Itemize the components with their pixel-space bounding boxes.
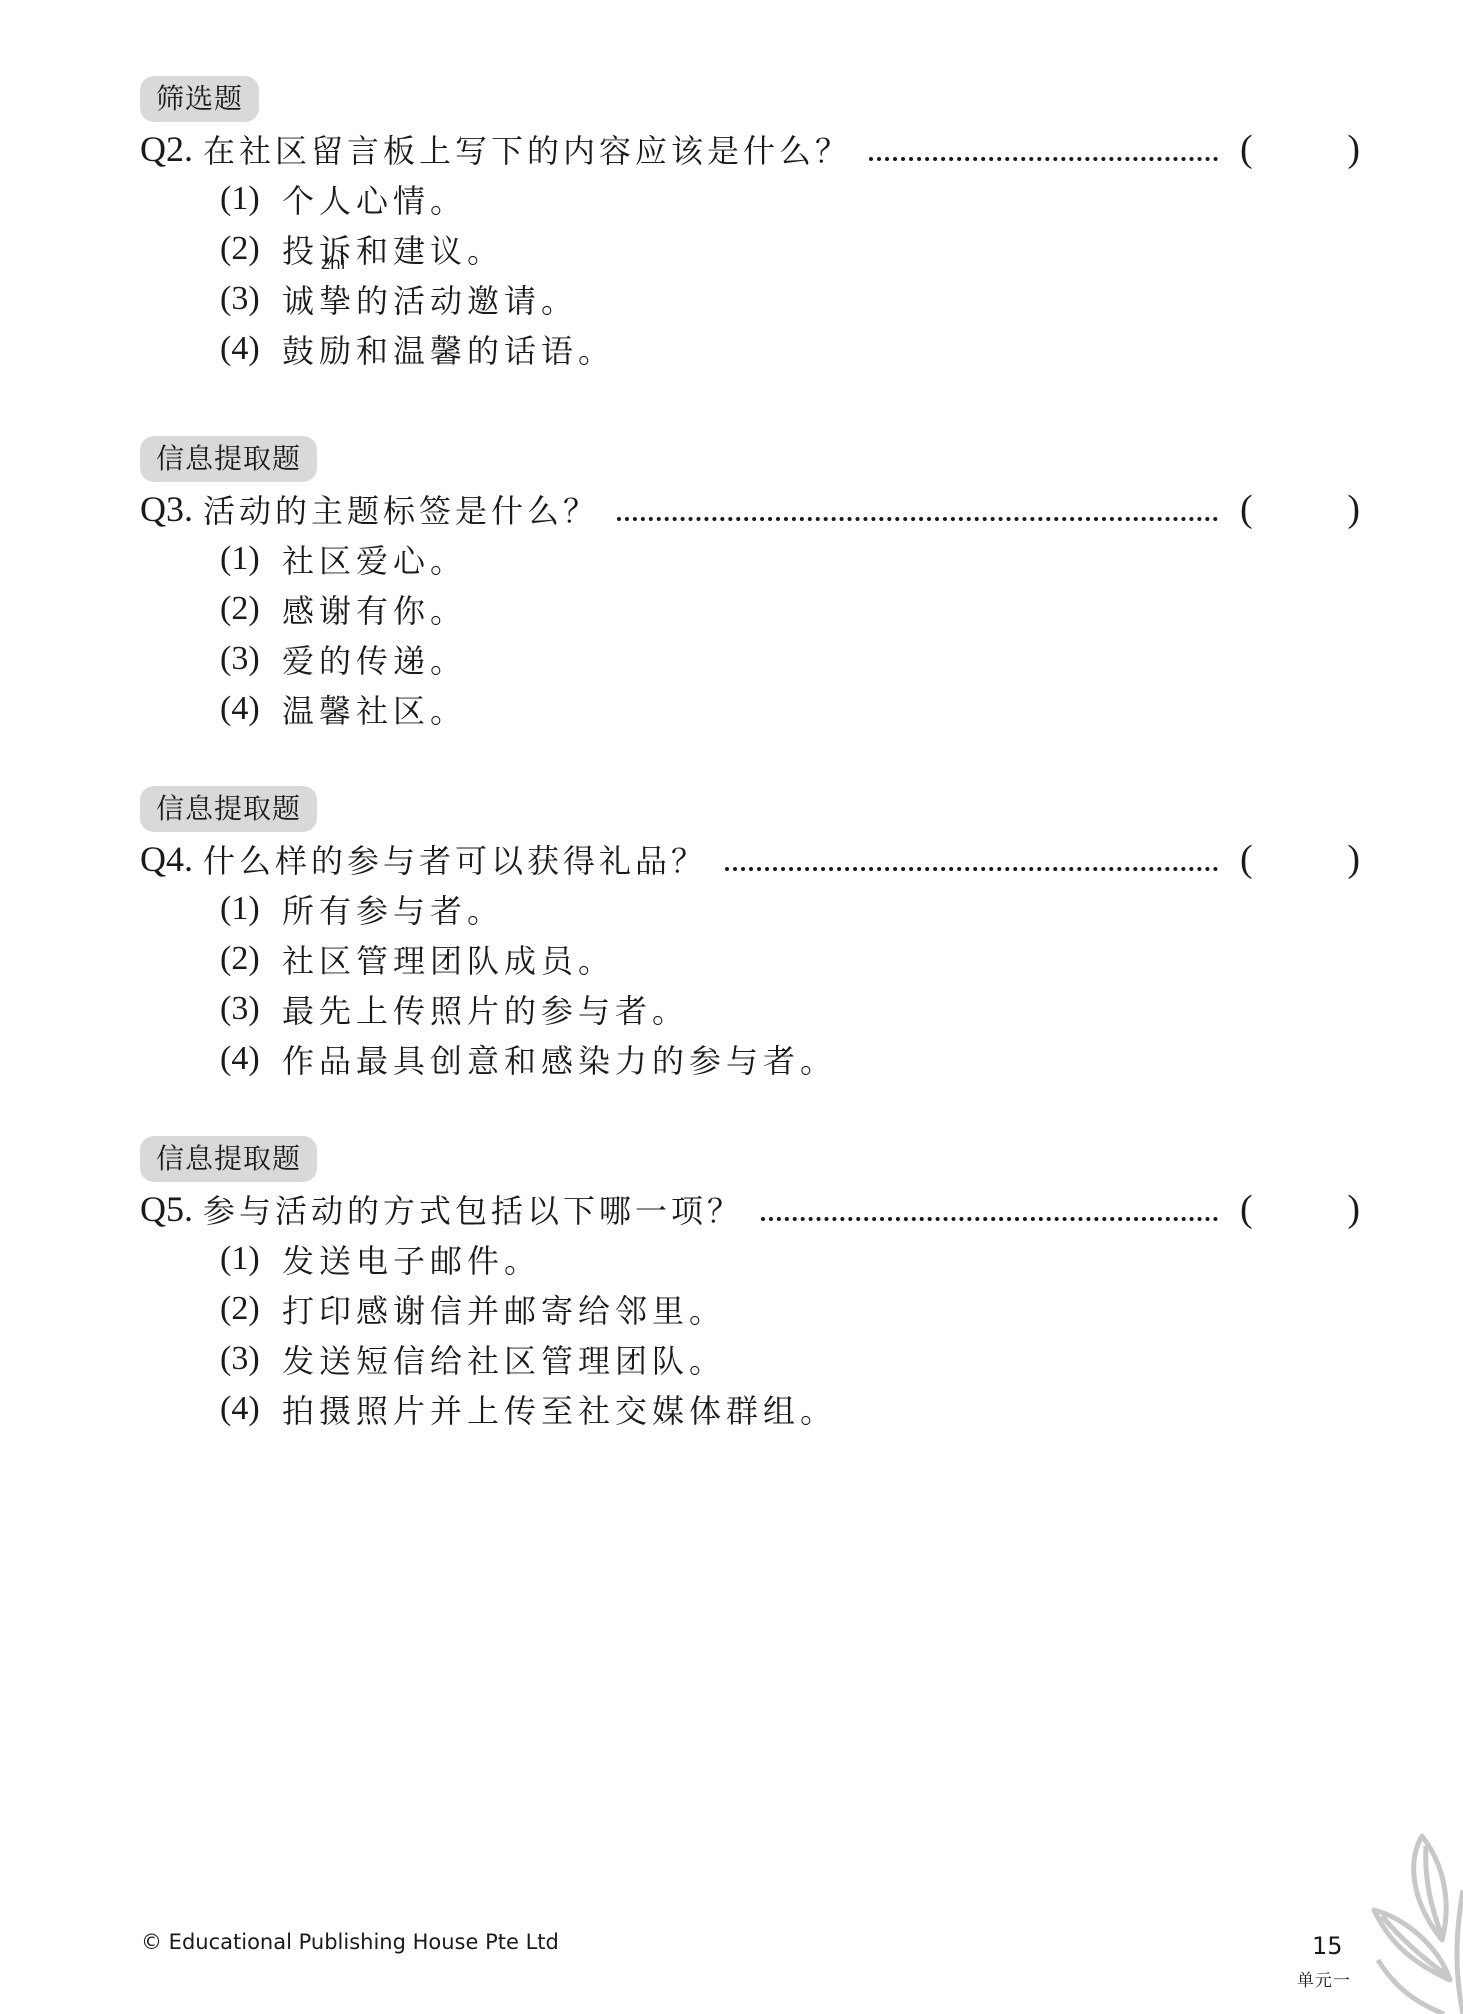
option-number: (1) bbox=[220, 180, 270, 218]
option-text: 最先上传照片的参与者。 bbox=[282, 986, 689, 1032]
leaf-decoration-icon bbox=[1370, 1830, 1463, 2014]
question-block-q3: 信息提取题 Q3. 活动的主题标签是什么？ ( ) (1) 社区爱心。 (2) … bbox=[140, 436, 1360, 734]
option-item: (2) 社区管理团队成员。 bbox=[220, 934, 1360, 984]
option-item: (1) 个人心情。 bbox=[220, 174, 1360, 224]
option-item: (3) 诚zhì挚的活动邀请。 bbox=[220, 274, 1360, 324]
option-number: (2) bbox=[220, 590, 270, 628]
answer-input-slot[interactable] bbox=[1265, 1189, 1335, 1229]
question-number: Q5. bbox=[140, 1188, 193, 1230]
options-list: (1) 社区爱心。 (2) 感谢有你。 (3) 爱的传递。 (4) 温馨社区。 bbox=[220, 534, 1360, 734]
question-text: 参与活动的方式包括以下哪一项？ bbox=[203, 1186, 743, 1232]
dotted-leader bbox=[617, 517, 1218, 521]
pinyin-annotation: zhì bbox=[321, 254, 345, 274]
option-number: (4) bbox=[220, 330, 270, 368]
option-text: 发送电子邮件。 bbox=[282, 1236, 541, 1282]
option-text: 爱的传递。 bbox=[282, 636, 467, 682]
option-item: (3) 最先上传照片的参与者。 bbox=[220, 984, 1360, 1034]
unit-label: 单元一 bbox=[1297, 1966, 1351, 1991]
dotted-leader bbox=[869, 157, 1218, 161]
answer-box[interactable]: ( ) bbox=[1240, 837, 1360, 881]
option-number: (3) bbox=[220, 280, 270, 318]
answer-open-paren: ( bbox=[1240, 1187, 1253, 1231]
question-block-q2: 筛选题 Q2. 在社区留言板上写下的内容应该是什么？ ( ) (1) 个人心情。… bbox=[140, 76, 1360, 374]
question-block-q4: 信息提取题 Q4. 什么样的参与者可以获得礼品？ ( ) (1) 所有参与者。 … bbox=[140, 786, 1360, 1084]
option-text: 诚zhì挚的活动邀请。 bbox=[282, 276, 578, 322]
question-block-q5: 信息提取题 Q5. 参与活动的方式包括以下哪一项？ ( ) (1) 发送电子邮件… bbox=[140, 1136, 1360, 1434]
answer-close-paren: ) bbox=[1347, 1187, 1360, 1231]
copyright-notice: © Educational Publishing House Pte Ltd bbox=[141, 1930, 559, 1954]
answer-close-paren: ) bbox=[1347, 127, 1360, 171]
option-number: (1) bbox=[220, 540, 270, 578]
option-item: (2) 打印感谢信并邮寄给邻里。 bbox=[220, 1284, 1360, 1334]
option-text: 温馨社区。 bbox=[282, 686, 467, 732]
option-number: (4) bbox=[220, 1040, 270, 1078]
option-item: (2) 感谢有你。 bbox=[220, 584, 1360, 634]
answer-open-paren: ( bbox=[1240, 837, 1253, 881]
dotted-leader bbox=[761, 1217, 1218, 1221]
option-number: (3) bbox=[220, 990, 270, 1028]
question-number: Q2. bbox=[140, 128, 193, 170]
option-number: (2) bbox=[220, 230, 270, 268]
option-item: (4) 温馨社区。 bbox=[220, 684, 1360, 734]
option-number: (3) bbox=[220, 1340, 270, 1378]
option-text: 发送短信给社区管理团队。 bbox=[282, 1336, 726, 1382]
annotated-char: 挚 bbox=[319, 282, 356, 320]
option-text: 拍摄照片并上传至社交媒体群组。 bbox=[282, 1386, 837, 1432]
answer-box[interactable]: ( ) bbox=[1240, 127, 1360, 171]
option-text-post: 的活动邀请。 bbox=[356, 282, 578, 320]
option-item: (4) 鼓励和温馨的话语。 bbox=[220, 324, 1360, 374]
question-text: 活动的主题标签是什么？ bbox=[203, 486, 599, 532]
option-number: (3) bbox=[220, 640, 270, 678]
option-text: 个人心情。 bbox=[282, 176, 467, 222]
option-item: (1) 发送电子邮件。 bbox=[220, 1234, 1360, 1284]
question-number: Q4. bbox=[140, 838, 193, 880]
answer-input-slot[interactable] bbox=[1265, 489, 1335, 529]
option-text: 鼓励和温馨的话语。 bbox=[282, 326, 615, 372]
option-text: 投诉和建议。 bbox=[282, 226, 504, 272]
option-item: (1) 所有参与者。 bbox=[220, 884, 1360, 934]
option-item: (4) 拍摄照片并上传至社交媒体群组。 bbox=[220, 1384, 1360, 1434]
option-item: (1) 社区爱心。 bbox=[220, 534, 1360, 584]
option-number: (1) bbox=[220, 890, 270, 928]
question-row: Q2. 在社区留言板上写下的内容应该是什么？ ( ) bbox=[140, 124, 1360, 174]
question-type-badge: 信息提取题 bbox=[140, 436, 317, 482]
option-text: 感谢有你。 bbox=[282, 586, 467, 632]
question-row: Q5. 参与活动的方式包括以下哪一项？ ( ) bbox=[140, 1184, 1360, 1234]
question-text: 什么样的参与者可以获得礼品？ bbox=[203, 836, 707, 882]
question-row: Q3. 活动的主题标签是什么？ ( ) bbox=[140, 484, 1360, 534]
question-type-badge: 信息提取题 bbox=[140, 786, 317, 832]
question-text: 在社区留言板上写下的内容应该是什么？ bbox=[203, 126, 851, 172]
option-number: (4) bbox=[220, 690, 270, 728]
answer-box[interactable]: ( ) bbox=[1240, 1187, 1360, 1231]
question-row: Q4. 什么样的参与者可以获得礼品？ ( ) bbox=[140, 834, 1360, 884]
answer-input-slot[interactable] bbox=[1265, 839, 1335, 879]
option-number: (2) bbox=[220, 940, 270, 978]
answer-open-paren: ( bbox=[1240, 487, 1253, 531]
option-number: (2) bbox=[220, 1290, 270, 1328]
option-number: (4) bbox=[220, 1390, 270, 1428]
option-item: (2) 投诉和建议。 bbox=[220, 224, 1360, 274]
answer-box[interactable]: ( ) bbox=[1240, 487, 1360, 531]
option-item: (4) 作品最具创意和感染力的参与者。 bbox=[220, 1034, 1360, 1084]
answer-close-paren: ) bbox=[1347, 487, 1360, 531]
options-list: (1) 个人心情。 (2) 投诉和建议。 (3) 诚zhì挚的活动邀请。 (4)… bbox=[220, 174, 1360, 374]
answer-open-paren: ( bbox=[1240, 127, 1253, 171]
annotated-character: zhì挚 bbox=[319, 276, 356, 322]
question-number: Q3. bbox=[140, 488, 193, 530]
option-text: 社区管理团队成员。 bbox=[282, 936, 615, 982]
option-text: 所有参与者。 bbox=[282, 886, 504, 932]
option-text: 社区爱心。 bbox=[282, 536, 467, 582]
option-item: (3) 爱的传递。 bbox=[220, 634, 1360, 684]
option-number: (1) bbox=[220, 1240, 270, 1278]
option-text: 打印感谢信并邮寄给邻里。 bbox=[282, 1286, 726, 1332]
option-item: (3) 发送短信给社区管理团队。 bbox=[220, 1334, 1360, 1384]
options-list: (1) 发送电子邮件。 (2) 打印感谢信并邮寄给邻里。 (3) 发送短信给社区… bbox=[220, 1234, 1360, 1434]
option-text-pre: 诚 bbox=[282, 282, 319, 320]
answer-input-slot[interactable] bbox=[1265, 129, 1335, 169]
answer-close-paren: ) bbox=[1347, 837, 1360, 881]
question-type-badge: 信息提取题 bbox=[140, 1136, 317, 1182]
page-number: 15 bbox=[1312, 1932, 1343, 1960]
option-text: 作品最具创意和感染力的参与者。 bbox=[282, 1036, 837, 1082]
options-list: (1) 所有参与者。 (2) 社区管理团队成员。 (3) 最先上传照片的参与者。… bbox=[220, 884, 1360, 1084]
question-type-badge: 筛选题 bbox=[140, 76, 259, 122]
dotted-leader bbox=[725, 867, 1218, 871]
